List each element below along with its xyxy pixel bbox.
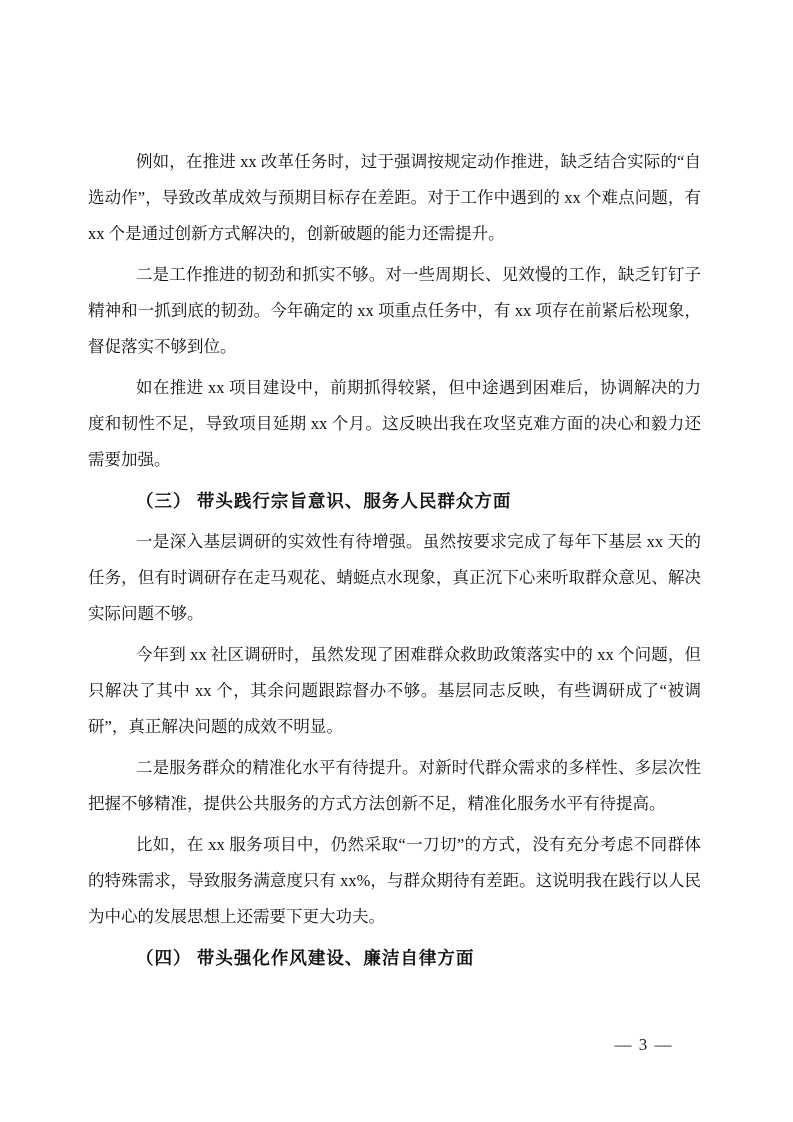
body-paragraph: 二是工作推进的韧劲和抓实不够。对一些周期长、见效慢的工作，缺乏钉钉子精神和一抓到… xyxy=(88,257,701,365)
body-paragraph: 二是服务群众的精准化水平有待提升。对新时代群众需求的多样性、多层次性把握不够精准… xyxy=(88,750,701,822)
document-page: 例如，在推进 xx 改革任务时，过于强调按规定动作推进，缺乏结合实际的“自选动作… xyxy=(0,0,793,1122)
body-paragraph: 如在推进 xx 项目建设中，前期抓得较紧，但中途遇到困难后，协调解决的力度和韧性… xyxy=(88,370,701,478)
page-number: — 3 — xyxy=(615,1032,674,1058)
body-paragraph: 今年到 xx 社区调研时，虽然发现了困难群众救助政策落实中的 xx 个问题，但只… xyxy=(88,637,701,745)
section-heading-four: （四） 带头强化作风建设、廉洁自律方面 xyxy=(88,940,701,976)
section-heading-three: （三） 带头践行宗旨意识、服务人民群众方面 xyxy=(88,483,701,519)
body-paragraph: 一是深入基层调研的实效性有待增强。虽然按要求完成了每年下基层 xx 天的任务，但… xyxy=(88,524,701,632)
body-paragraph: 例如，在推进 xx 改革任务时，过于强调按规定动作推进，缺乏结合实际的“自选动作… xyxy=(88,144,701,252)
document-body: 例如，在推进 xx 改革任务时，过于强调按规定动作推进，缺乏结合实际的“自选动作… xyxy=(88,144,701,981)
body-paragraph: 比如，在 xx 服务项目中，仍然采取“一刀切”的方式，没有充分考虑不同群体的特殊… xyxy=(88,827,701,935)
